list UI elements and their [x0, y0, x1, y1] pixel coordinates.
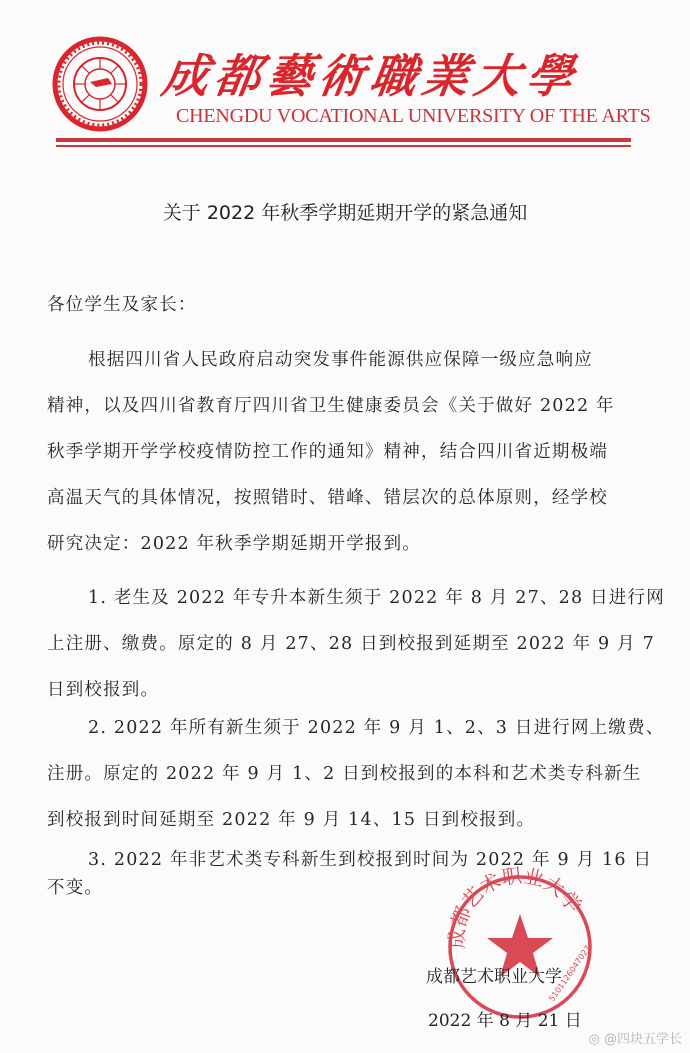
weibo-icon: ◎: [589, 1032, 600, 1047]
paragraph-line: 上注册、缴费。原定的 8 月 27、28 日到校报到延期至 2022 年 9 月…: [47, 630, 647, 655]
salutation: 各位学生及家长：: [47, 291, 647, 316]
document-title: 关于 2022 年秋季学期延期开学的紧急通知: [0, 198, 690, 225]
paragraph-line: 3. 2022 年非艺术类专科新生到校报到时间为 2022 年 9 月 16 日: [88, 846, 688, 871]
header-rule-thin: [56, 145, 631, 147]
paragraph-line: 注册。原定的 2022 年 9 月 1、2 日到校报到的本科和艺术类专科新生: [47, 760, 647, 785]
paragraph-line: 日到校报到。: [47, 676, 647, 701]
paragraph-line: 精神，以及四川省教育厅四川省卫生健康委员会《关于做好 2022 年: [47, 392, 647, 417]
paragraph-line: 根据四川省人民政府启动突发事件能源供应保障一级应急响应: [88, 346, 688, 371]
issue-date: 2022 年 8 月 21 日: [428, 1006, 582, 1031]
paragraph-line: 高温天气的具体情况，按照错时、错峰、错层次的总体原则，经学校: [47, 484, 647, 509]
university-name-cn: 成都藝術職業大學: [158, 40, 637, 106]
paragraph-line: 到校报到时间延期至 2022 年 9 月 14、15 日到校报到。: [47, 806, 647, 831]
paragraph-line: 研究决定：2022 年秋季学期延期开学报到。: [47, 530, 647, 555]
watermark-text: @四块五学长: [604, 1032, 682, 1047]
issuer-name: 成都艺术职业大学: [426, 962, 562, 987]
paragraph-line: 秋季学期开学学校疫情防控工作的通知》精神，结合四川省近期极端: [47, 438, 647, 463]
university-name-en: CHENGDU VOCATIONAL UNIVERSITY OF THE ART…: [176, 105, 636, 128]
official-seal-icon: 成都艺术职业大学 5101126047027: [445, 862, 595, 1022]
paragraph-line: 2. 2022 年所有新生须于 2022 年 9 月 1、2、3 日进行网上缴费…: [88, 714, 688, 739]
paragraph-line: 1. 老生及 2022 年专升本新生须于 2022 年 8 月 27、28 日进…: [88, 584, 688, 609]
header-rule-thick: [56, 138, 631, 142]
university-emblem-icon: [52, 36, 148, 132]
weibo-watermark: ◎ @四块五学长: [589, 1028, 683, 1047]
